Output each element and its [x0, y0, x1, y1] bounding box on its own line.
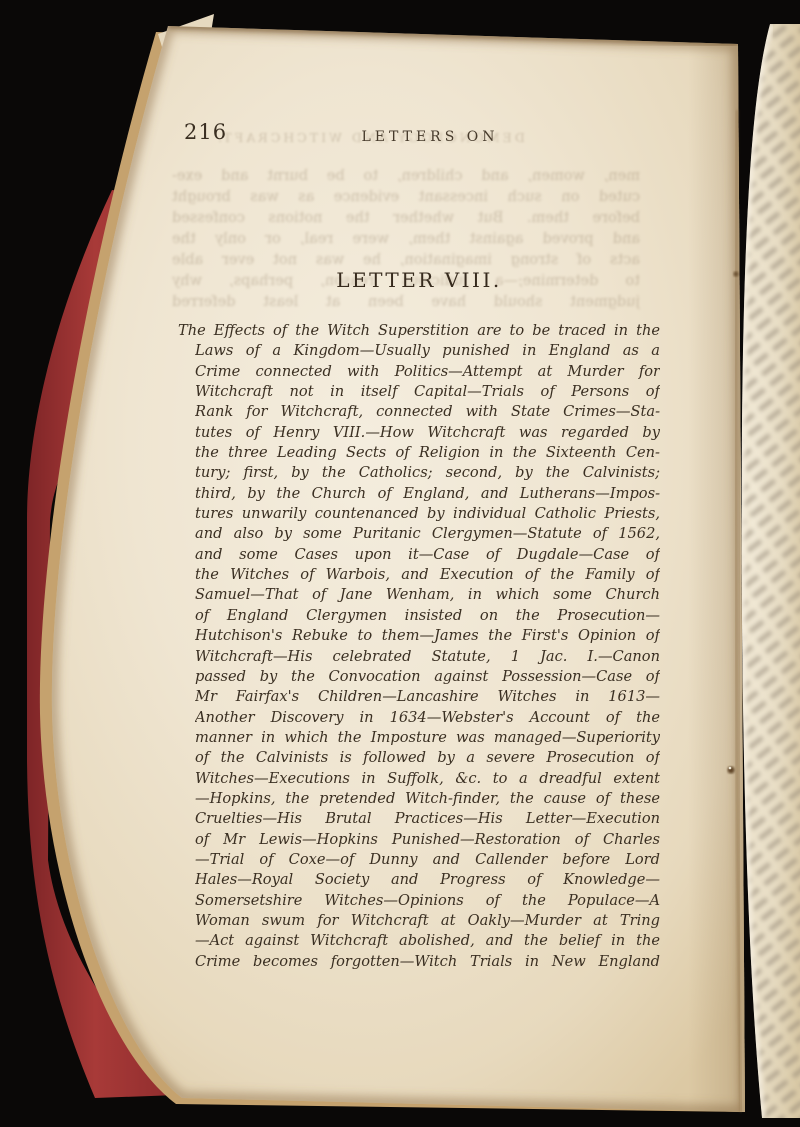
argument-line: Cruelties—His Brutal Practices—His Lette…: [195, 809, 660, 829]
chapter-argument-paragraph: The Effects of the Witch Superstition ar…: [178, 321, 660, 972]
argument-line: tutes of Henry VIII.—How Witchcraft was …: [195, 423, 660, 443]
argument-line: tury; first, by the Catholics; second, b…: [195, 463, 660, 483]
argument-line: Somersetshire Witches—Opinions of the Po…: [195, 891, 660, 911]
ghost-text-line: before them. But whether the notions con…: [172, 208, 640, 229]
argument-line: of the Calvinists is followed by a sever…: [195, 748, 660, 768]
argument-line: the Witches of Warbois, and Execution of…: [195, 565, 660, 585]
argument-line: Witchcraft—His celebrated Statute, 1 Jac…: [195, 647, 660, 667]
chapter-heading: LETTER VIII.: [178, 268, 660, 292]
argument-line: Hales—Royal Society and Progress of Know…: [195, 870, 660, 890]
argument-line: tures unwarily countenanced by individua…: [195, 504, 660, 524]
argument-line: Witchcraft not in itself Capital—Trials …: [195, 382, 660, 402]
argument-line: Witches—Executions in Suffolk, &c. to a …: [195, 769, 660, 789]
argument-line: of Mr Lewis—Hopkins Punished—Restoration…: [195, 830, 660, 850]
ghost-text-line: men, women, and children, to be burnt an…: [172, 166, 640, 187]
argument-line: Another Discovery in 1634—Webster's Acco…: [195, 708, 660, 728]
argument-line: manner in which the Imposture was manage…: [195, 728, 660, 748]
ghost-text-line: cuted on such incessant evidence as was …: [172, 187, 640, 208]
argument-line: Hutchison's Rebuke to them—James the Fir…: [195, 626, 660, 646]
argument-line: —Act against Witchcraft abolished, and t…: [195, 931, 660, 951]
argument-line: Mr Fairfax's Children—Lancashire Witches…: [195, 687, 660, 707]
wormhole-dot-upper: [733, 271, 738, 276]
argument-line: Crime becomes forgotten—Witch Trials in …: [195, 952, 660, 972]
argument-line: —Hopkins, the pretended Witch-finder, th…: [195, 789, 660, 809]
ghost-text-line: and proved against them, were real, or o…: [172, 229, 640, 250]
ghost-text-line: judgment should have been at least defer…: [172, 292, 640, 313]
argument-line: and some Cases upon it—Case of Dugdale—C…: [195, 545, 660, 565]
argument-line: third, by the Church of England, and Lut…: [195, 484, 660, 504]
argument-line: Samuel—That of Jane Wenham, in which som…: [195, 585, 660, 605]
argument-line: Woman swum for Witchcraft at Oakly—Murde…: [195, 911, 660, 931]
argument-line: of England Clergymen insisted on the Pro…: [195, 606, 660, 626]
argument-line: and also by some Puritanic Clergymen—Sta…: [195, 524, 660, 544]
running-header: LETTERS ON: [190, 129, 670, 145]
argument-line: The Effects of the Witch Superstition ar…: [178, 321, 660, 341]
argument-line: —Trial of Coxe—of Dunny and Callender be…: [195, 850, 660, 870]
argument-line: Rank for Witchcraft, connected with Stat…: [195, 402, 660, 422]
argument-line: the three Leading Sects of Religion in t…: [195, 443, 660, 463]
argument-line: Laws of a Kingdom—Usually punished in En…: [195, 341, 660, 361]
argument-line: passed by the Convocation against Posses…: [195, 667, 660, 687]
argument-line: Crime connected with Politics—Attempt at…: [195, 362, 660, 382]
book-photograph: { "page": { "number": "216", "running_he…: [0, 0, 800, 1127]
